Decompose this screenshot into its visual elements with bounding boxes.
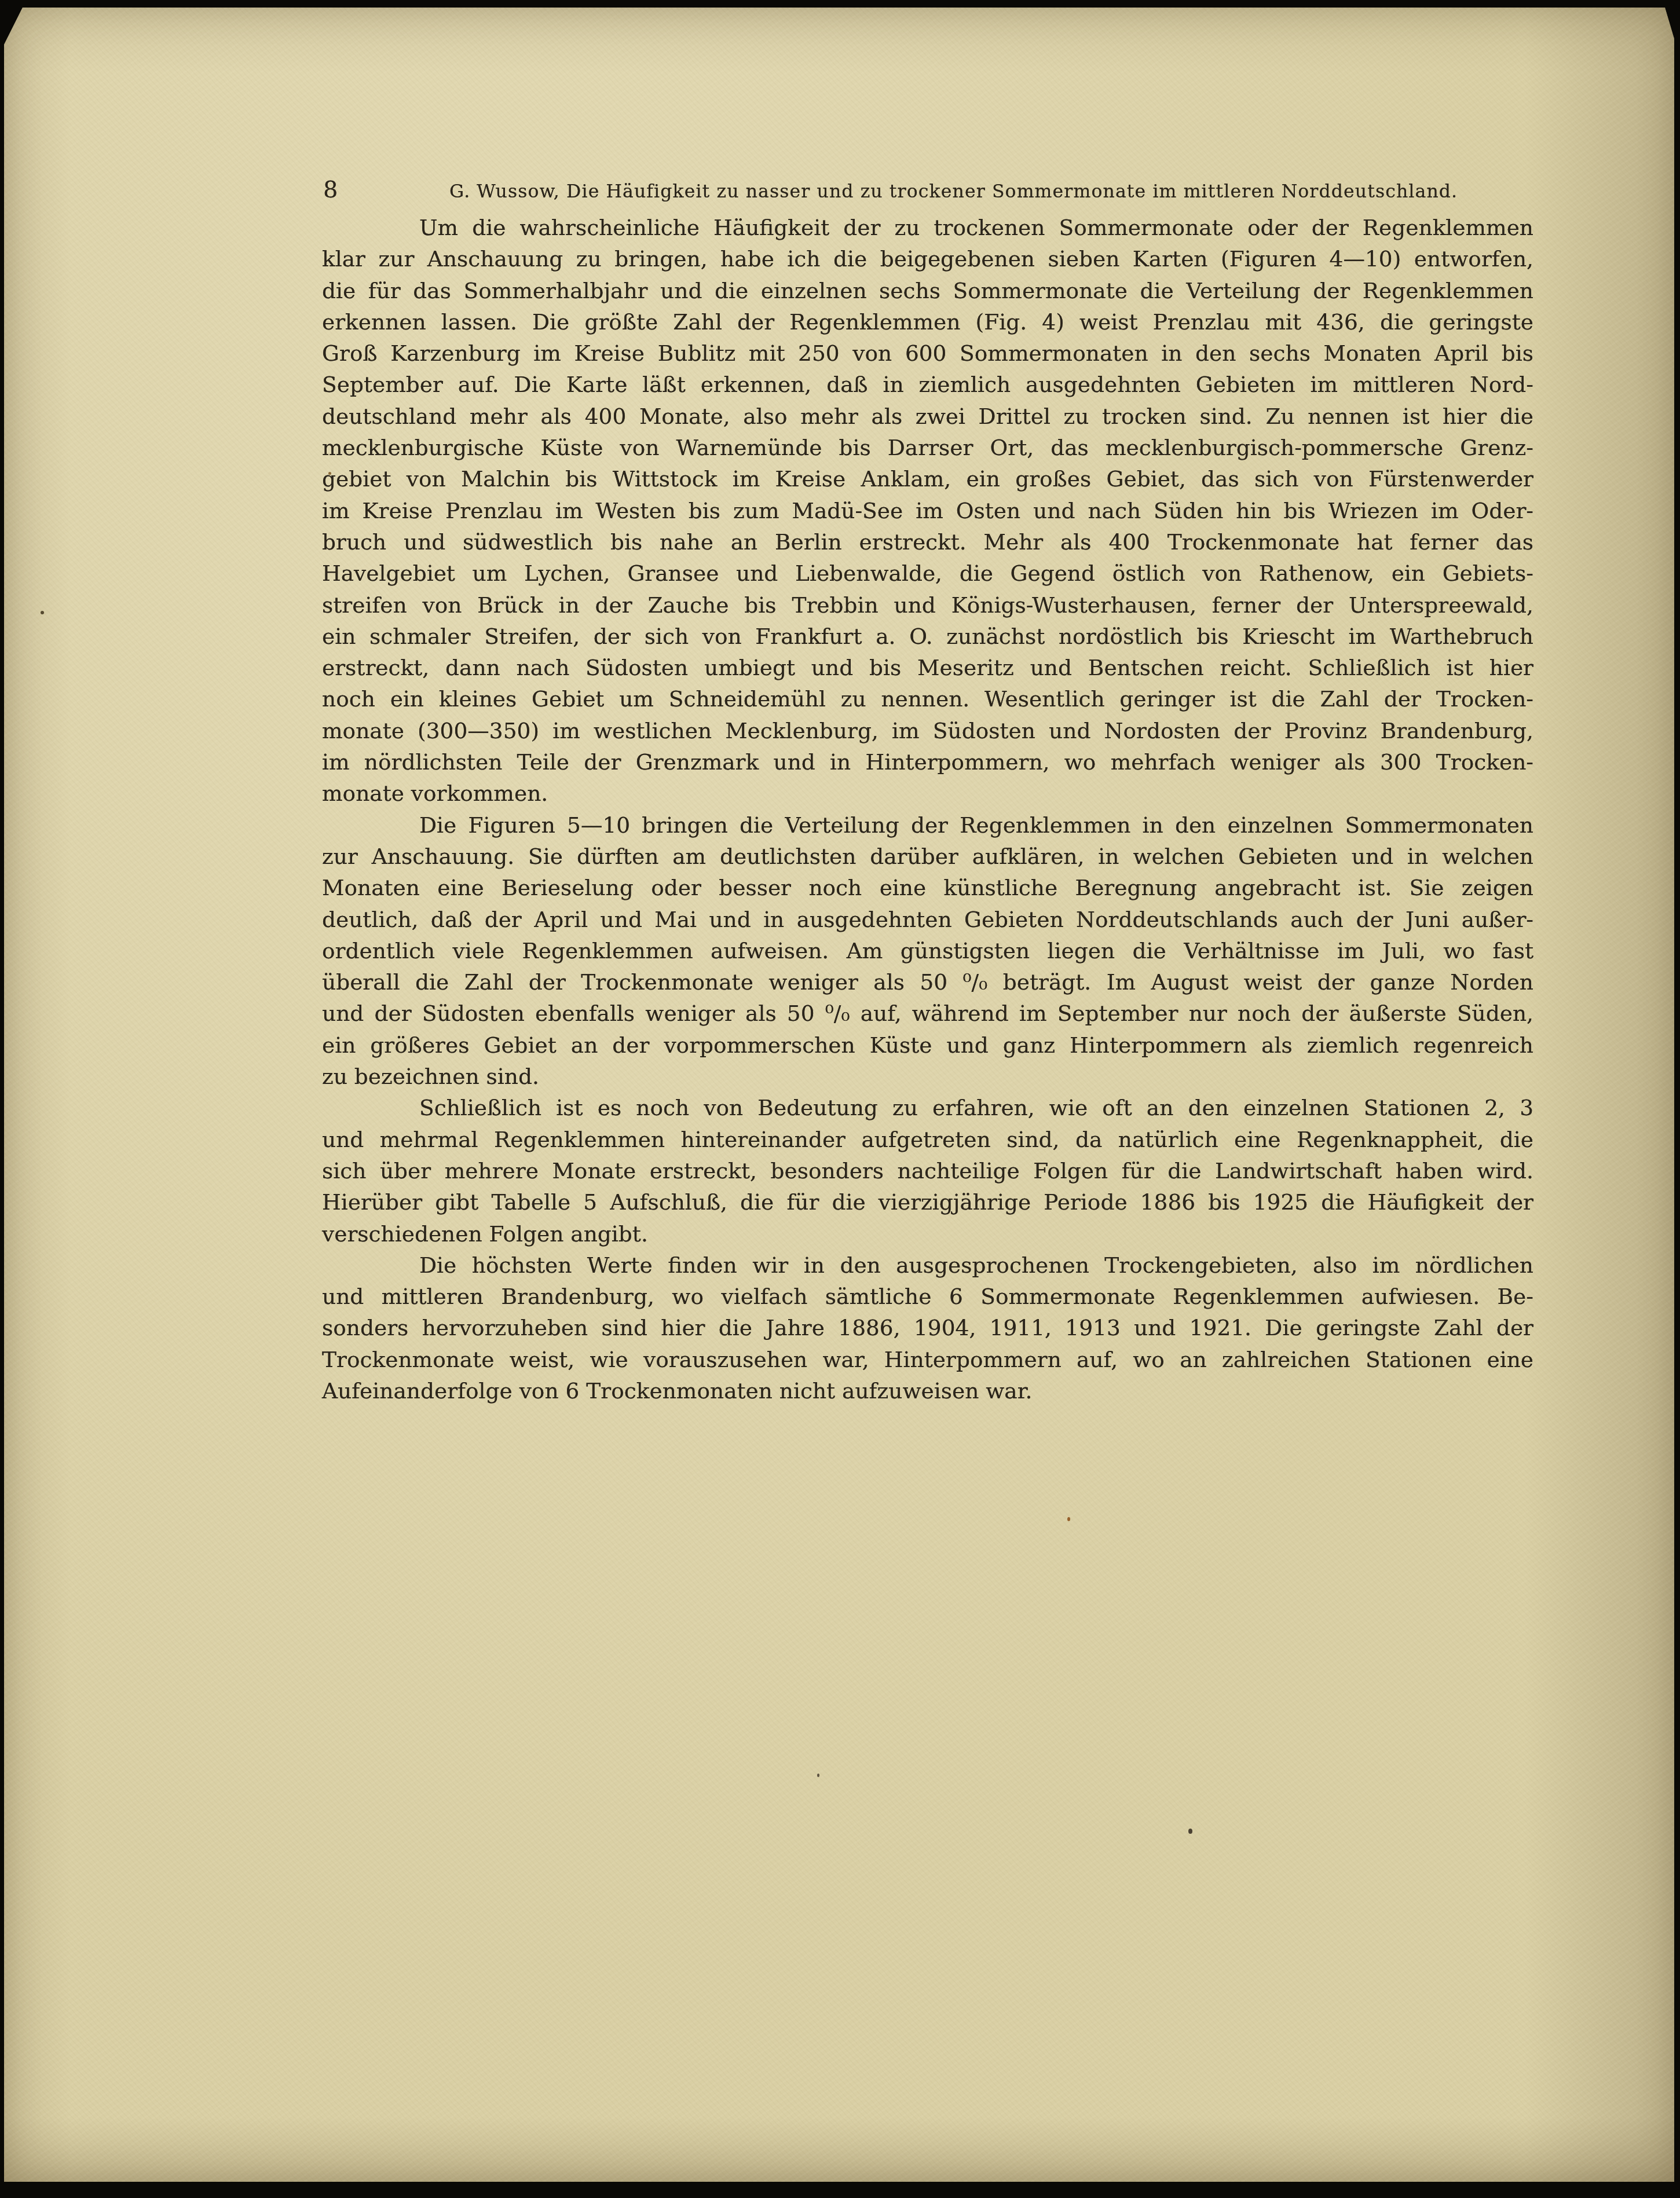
text-line: zu bezeichnen sind. [322,1061,1533,1092]
paper-speck [1067,1517,1070,1521]
text-line: und mehrmal Regenklemmen hintereinander … [322,1124,1533,1155]
paper-speck [41,611,44,614]
text-line: bruch und südwestlich bis nahe an Berlin… [322,526,1533,558]
text-line: im nördlichsten Teile der Grenzmark und … [322,746,1533,778]
text-line: klar zur Anschauung zu bringen, habe ich… [322,243,1533,274]
text-line: mecklenburgische Küste von Warnemünde bi… [322,432,1533,463]
text-line: deutlich, daß der April und Mai und in a… [322,904,1533,935]
text-line: Trockenmonate weist, wie vorauszusehen w… [322,1344,1533,1375]
text-line: monate vorkommen. [322,778,1533,809]
text-line: gebiet von Malchin bis Wittstock im Krei… [322,463,1533,494]
text-line: erstreckt, dann nach Südosten umbiegt un… [322,652,1533,683]
text-line: Monaten eine Berieselung oder besser noc… [322,872,1533,903]
text-line: die für das Sommerhalbjahr und die einze… [322,275,1533,306]
page-number: 8 [323,178,338,202]
text-line: überall die Zahl der Trockenmonate wenig… [322,966,1533,998]
text-line: noch ein kleines Gebiet um Schneidemühl … [322,683,1533,715]
text-line: Schließlich ist es noch von Bedeutung zu… [322,1092,1533,1123]
text-line: Die höchsten Werte finden wir in den aus… [322,1250,1533,1281]
text-line: streifen von Brück in der Zauche bis Tre… [322,589,1533,621]
paper-speck [817,1774,819,1777]
text-line: Havelgebiet um Lychen, Gransee und Liebe… [322,558,1533,589]
text-line: ein größeres Gebiet an der vorpommersche… [322,1030,1533,1061]
text-line: ein schmaler Streifen, der sich von Fran… [322,621,1533,652]
text-line: sonders hervorzuheben sind hier die Jahr… [322,1312,1533,1343]
text-line: ordentlich viele Regenklemmen aufweisen.… [322,935,1533,966]
paper-speck [1188,1829,1192,1834]
text-line: Um die wahrscheinliche Häufigkeit der zu… [322,212,1533,243]
text-line: und der Südosten ebenfalls weniger als 5… [322,998,1533,1029]
paragraph: Die höchsten Werte finden wir in den aus… [322,1250,1533,1406]
paragraph: Schließlich ist es noch von Bedeutung zu… [322,1092,1533,1249]
text-block: Um die wahrscheinliche Häufigkeit der zu… [322,212,1533,1406]
scanned-page: 8 G. Wussow, Die Häufigkeit zu nasser un… [0,0,1680,2198]
paragraph: Um die wahrscheinliche Häufigkeit der zu… [322,212,1533,809]
text-line: sich über mehrere Monate erstreckt, beso… [322,1155,1533,1186]
text-line: Hierüber gibt Tabelle 5 Aufschluß, die f… [322,1186,1533,1218]
text-line: monate (300—350) im westlichen Mecklenbu… [322,715,1533,746]
text-line: Groß Karzenburg im Kreise Bublitz mit 25… [322,338,1533,369]
running-header: G. Wussow, Die Häufigkeit zu nasser und … [449,183,1458,202]
text-line: Die Figuren 5—10 bringen die Verteilung … [322,809,1533,841]
paragraph: Die Figuren 5—10 bringen die Verteilung … [322,809,1533,1093]
text-line: verschiedenen Folgen angibt. [322,1218,1533,1250]
text-line: deutschland mehr als 400 Monate, also me… [322,401,1533,432]
text-line: September auf. Die Karte läßt erkennen, … [322,369,1533,400]
text-line: Aufeinanderfolge von 6 Trockenmonaten ni… [322,1375,1533,1406]
text-line: und mittleren Brandenburg, wo vielfach s… [322,1281,1533,1312]
text-line: im Kreise Prenzlau im Westen bis zum Mad… [322,495,1533,526]
text-line: zur Anschauung. Sie dürften am deutlichs… [322,841,1533,872]
text-line: erkennen lassen. Die größte Zahl der Reg… [322,306,1533,338]
